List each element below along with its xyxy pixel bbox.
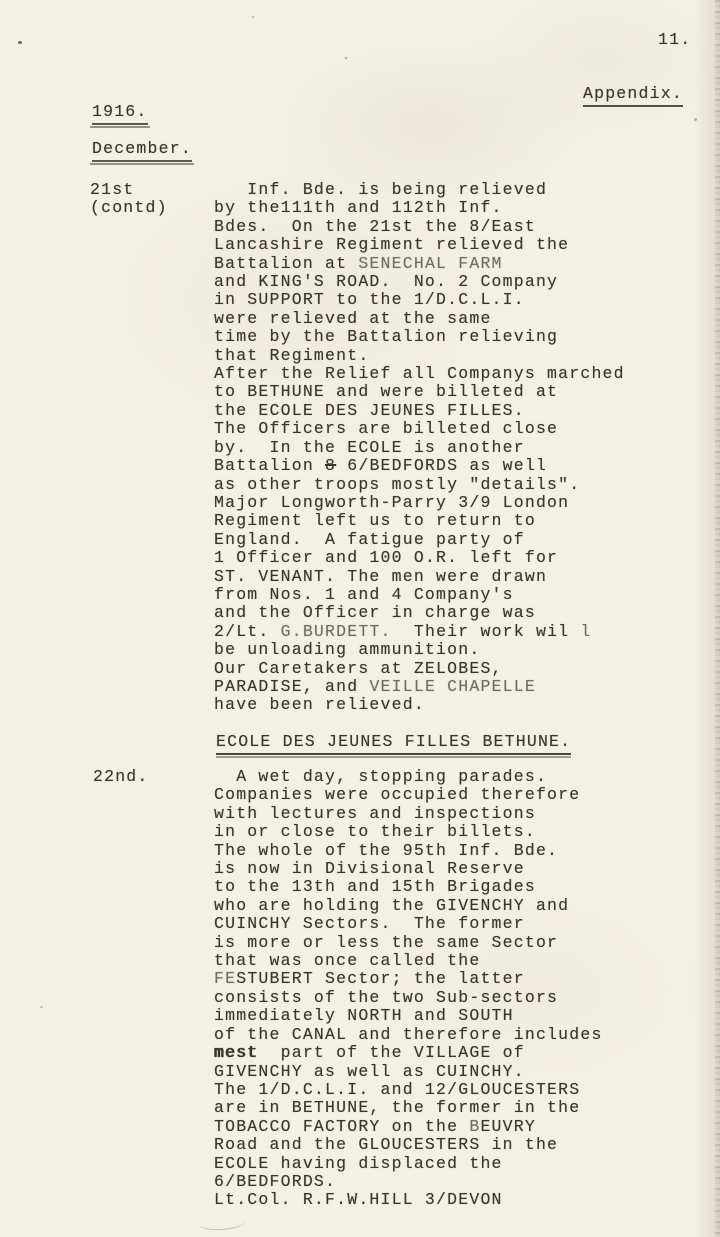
text-line: were relieved at the same [214,310,625,328]
text-line: Regiment left us to return to [214,512,625,530]
text-line: Our Caretakers at ZELOBES, [214,660,625,678]
text-line: 21st [90,181,168,199]
text-line: ST. VENANT. The men were drawn [214,568,625,586]
appendix-heading-text: Appendix. [583,84,683,107]
text-line: Lt.Col. R.F.W.HILL 3/DEVON [214,1191,603,1209]
text-line: England. A fatigue party of [214,531,625,549]
paper-speck [345,57,347,59]
text-line: A wet day, stopping parades. [214,768,603,786]
text-line: from Nos. 1 and 4 Company's [214,586,625,604]
text-line: Inf. Bde. is being relieved [214,181,625,199]
entry-date-22nd: 22nd. [93,768,149,786]
text-line: time by the Battalion relieving [214,328,625,346]
paper-speck [252,16,254,18]
text-line: Bdes. On the 21st the 8/East [214,218,625,236]
text-line: is now in Divisional Reserve [214,860,603,878]
text-line: in SUPPORT to the 1/D.C.L.I. [214,291,625,309]
text-line: that Regiment. [214,347,625,365]
text-line: is more or less the same Sector [214,934,603,952]
text-line: who are holding the GIVENCHY and [214,897,603,915]
text-line: are in BETHUNE, the former in the [214,1099,603,1117]
text-line: Road and the GLOUCESTERS in the [214,1136,603,1154]
page-number: 11. [658,31,691,49]
text-line: and KING'S ROAD. No. 2 Company [214,273,625,291]
text-line: The whole of the 95th Inf. Bde. [214,842,603,860]
text-line: Battalion 8 6/BEDFORDS as well [214,457,625,475]
text-line: to BETHUNE and were billeted at [214,383,625,401]
scanned-diary-page: 11. Appendix. 1916. December. 21st(contd… [0,0,720,1237]
text-line: that was once called the [214,952,603,970]
pencil-mark [198,1212,247,1231]
text-line: 1 Officer and 100 O.R. left for [214,549,625,567]
text-line: mest part of the VILLAGE of [214,1044,603,1062]
text-line: immediately NORTH and SOUTH [214,1007,603,1025]
text-line: in or close to their billets. [214,823,603,841]
entry-date-21st: 21st(contd) [90,181,168,218]
text-line: 2/Lt. G.BURDETT. Their work wil l [214,623,625,641]
appendix-heading: Appendix. [583,85,683,103]
text-line: Lancashire Regiment relieved the [214,236,625,254]
text-line: TOBACCO FACTORY on the BEUVRY [214,1118,603,1136]
text-line: GIVENCHY as well as CUINCHY. [214,1063,603,1081]
text-line: ECOLE having displaced the [214,1155,603,1173]
section-heading: ECOLE DES JEUNES FILLES BETHUNE. [216,733,571,751]
paper-speck [18,41,22,44]
scan-edge-right [715,0,720,1237]
text-line: as other troops mostly "details". [214,476,625,494]
year-heading: 1916. [92,103,148,121]
section-heading-text: ECOLE DES JEUNES FILLES BETHUNE. [216,732,571,755]
paper-speck [694,118,697,121]
paper-speck [40,1006,43,1008]
text-line: The 1/D.C.L.I. and 12/GLOUCESTERS [214,1081,603,1099]
text-line: the ECOLE DES JEUNES FILLES. [214,402,625,420]
text-line: The Officers are billeted close [214,420,625,438]
text-line: PARADISE, and VEILLE CHAPELLE [214,678,625,696]
text-line: After the Relief all Companys marched [214,365,625,383]
text-line: to the 13th and 15th Brigades [214,878,603,896]
month-heading-text: December. [92,139,192,162]
text-line: by the111th and 112th Inf. [214,199,625,217]
text-line: of the CANAL and therefore includes [214,1026,603,1044]
year-heading-text: 1916. [92,102,148,125]
month-heading: December. [92,140,192,158]
text-line: Major Longworth-Parry 3/9 London [214,494,625,512]
text-line: 6/BEDFORDS. [214,1173,603,1191]
entry-body-21st: Inf. Bde. is being relievedby the111th a… [214,181,625,715]
text-line: (contd) [90,199,168,217]
text-line: 22nd. [93,768,149,786]
text-line: Companies were occupied therefore [214,786,603,804]
entry-body-22nd: A wet day, stopping parades.Companies we… [214,768,603,1210]
text-line: FESTUBERT Sector; the latter [214,970,603,988]
text-line: by. In the ECOLE is another [214,439,625,457]
text-line: and the Officer in charge was [214,604,625,622]
text-line: consists of the two Sub-sectors [214,989,603,1007]
text-line: Battalion at SENECHAL FARM [214,255,625,273]
text-line: CUINCHY Sectors. The former [214,915,603,933]
text-line: have been relieved. [214,696,625,714]
text-line: be unloading ammunition. [214,641,625,659]
text-line: with lectures and inspections [214,805,603,823]
